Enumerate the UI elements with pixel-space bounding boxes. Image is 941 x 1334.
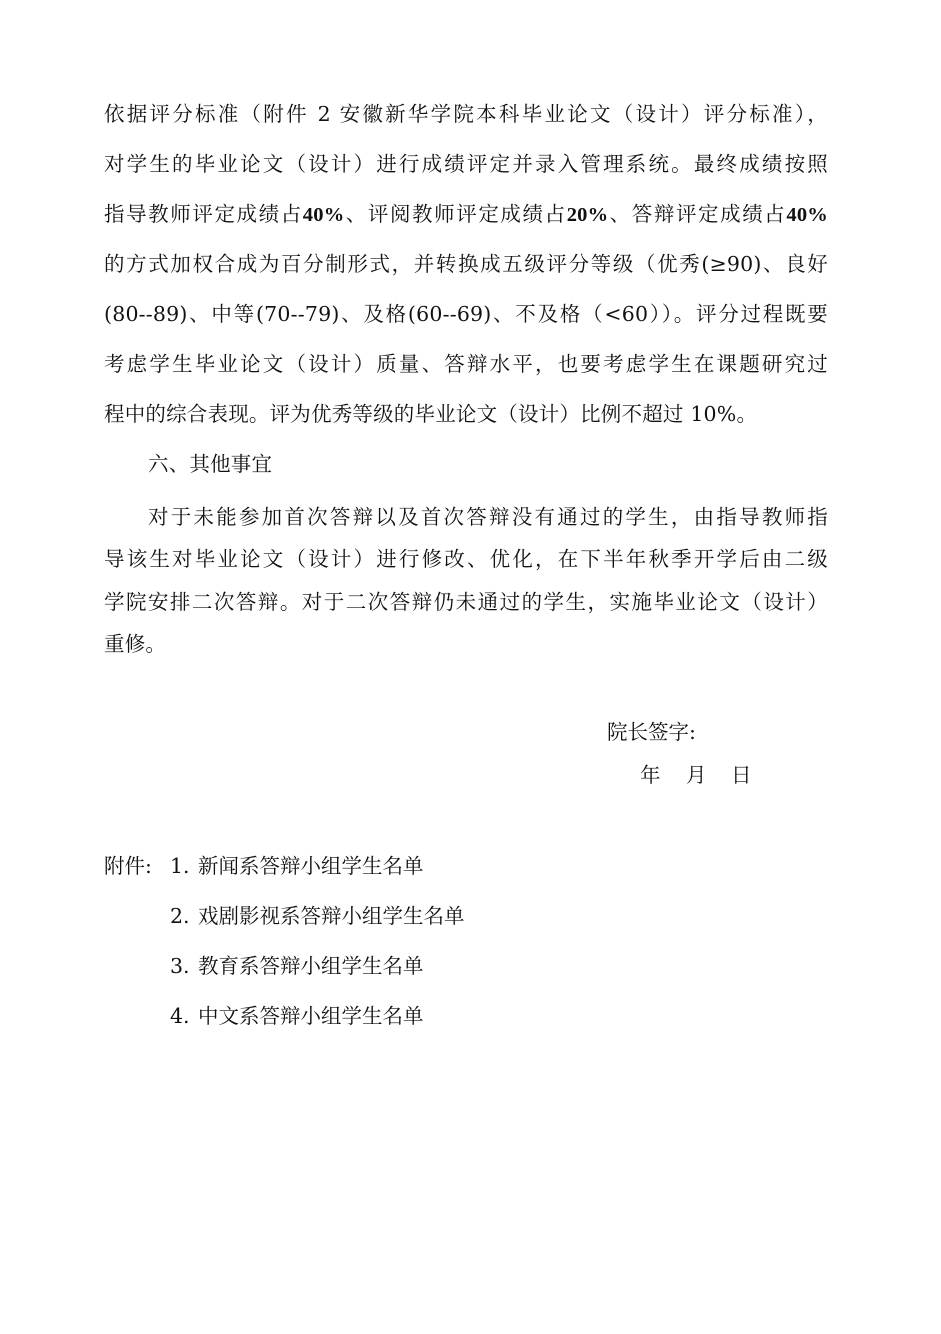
attachment-number: 4.	[170, 1002, 198, 1030]
paragraph-line-weights: 指导教师评定成绩占40%、评阅教师评定成绩占20%、答辩评定成绩占40%	[104, 200, 828, 229]
attachments-label: 附件:	[104, 852, 152, 880]
paragraph-line: 考虑学生毕业论文（设计）质量、答辩水平，也要考虑学生在课题研究过	[104, 350, 828, 378]
weight-text: 、答辩评定成绩占	[608, 202, 786, 226]
paragraph-line: 导该生对毕业论文（设计）进行修改、优化，在下半年秋季开学后由二级	[104, 545, 828, 573]
reviewer-weight-value: 20%	[567, 204, 609, 226]
attachment-title: 新闻系答辩小组学生名单	[198, 854, 424, 878]
date-year-label: 年	[640, 761, 661, 789]
section-heading: 六、其他事宜	[148, 450, 272, 478]
paragraph-line: 程中的综合表现。评为优秀等级的毕业论文（设计）比例不超过 10%。	[104, 400, 757, 428]
date-day-label: 日	[731, 761, 752, 789]
paragraph-line: 对于未能参加首次答辩以及首次答辩没有通过的学生，由指导教师指	[148, 503, 828, 531]
paragraph-line: (80--89)、中等(70--79)、及格(60--69)、不及格（<60））…	[104, 300, 828, 328]
attachment-number: 1.	[170, 852, 198, 880]
advisor-weight-value: 40%	[303, 204, 345, 226]
paragraph-line: 的方式加权合成为百分制形式，并转换成五级评分等级（优秀(≥90)、良好	[104, 250, 828, 278]
attachment-item: 2.戏剧影视系答辩小组学生名单	[170, 902, 465, 930]
weight-text: 、评阅教师评定成绩占	[344, 202, 566, 226]
attachment-item: 1.新闻系答辩小组学生名单	[170, 852, 424, 880]
attachment-item: 3.教育系答辩小组学生名单	[170, 952, 424, 980]
dean-signature-label: 院长签字:	[607, 718, 696, 746]
attachment-item: 4.中文系答辩小组学生名单	[170, 1002, 424, 1030]
attachment-number: 2.	[170, 902, 198, 930]
document-page: 依据评分标准（附件 2 安徽新华学院本科毕业论文（设计）评分标准）， 对学生的毕…	[0, 0, 941, 1334]
attachment-title: 戏剧影视系答辩小组学生名单	[198, 904, 465, 928]
attachment-title: 中文系答辩小组学生名单	[198, 1004, 424, 1028]
paragraph-line: 依据评分标准（附件 2 安徽新华学院本科毕业论文（设计）评分标准），	[104, 100, 828, 128]
date-month-label: 月	[686, 761, 707, 789]
weight-text: 指导教师评定成绩占	[104, 202, 303, 226]
paragraph-line: 学院安排二次答辩。对于二次答辩仍未通过的学生，实施毕业论文（设计）	[104, 588, 828, 616]
paragraph-line: 重修。	[104, 630, 166, 658]
defense-weight-value: 40%	[786, 204, 828, 226]
attachment-title: 教育系答辩小组学生名单	[198, 954, 424, 978]
paragraph-line: 对学生的毕业论文（设计）进行成绩评定并录入管理系统。最终成绩按照	[104, 150, 828, 178]
attachment-number: 3.	[170, 952, 198, 980]
